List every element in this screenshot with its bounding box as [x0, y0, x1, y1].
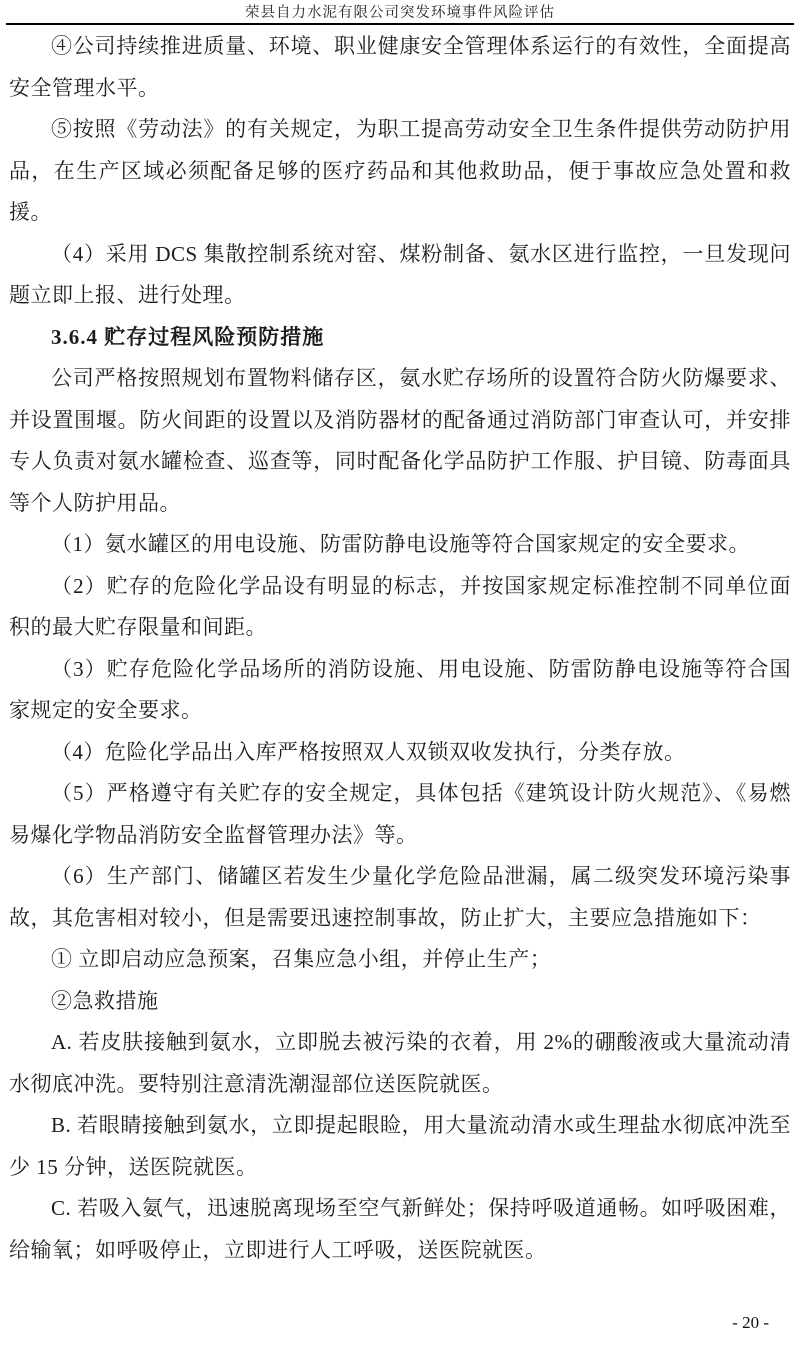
document-page: 荣县自力水泥有限公司突发环境事件风险评估 ④公司持续推进质量、环境、职业健康安全…: [0, 0, 800, 1353]
paragraph: （4）危险化学品出入库严格按照双人双锁双收发执行，分类存放。: [9, 732, 791, 774]
page-number: - 20 -: [732, 1313, 769, 1333]
paragraph: ⑤按照《劳动法》的有关规定，为职工提高劳动安全卫生条件提供劳动防护用品，在生产区…: [9, 109, 791, 234]
paragraph: A. 若皮肤接触到氨水，立即脱去被污染的衣着，用 2%的硼酸液或大量流动清水彻底…: [9, 1022, 791, 1105]
paragraph: （6）生产部门、储罐区若发生少量化学危险品泄漏，属二级突发环境污染事故，其危害相…: [9, 856, 791, 939]
paragraph: （5）严格遵守有关贮存的安全规定，具体包括《建筑设计防火规范》、《易燃易爆化学物…: [9, 773, 791, 856]
paragraph: B. 若眼睛接触到氨水，立即提起眼睑，用大量流动清水或生理盐水彻底冲洗至少 15…: [9, 1105, 791, 1188]
paragraph: ① 立即启动应急预案，召集应急小组，并停止生产；: [9, 939, 791, 981]
paragraph: （1）氨水罐区的用电设施、防雷防静电设施等符合国家规定的安全要求。: [9, 524, 791, 566]
section-heading: 3.6.4 贮存过程风险预防措施: [9, 317, 791, 359]
paragraph: （3）贮存危险化学品场所的消防设施、用电设施、防雷防静电设施等符合国家规定的安全…: [9, 649, 791, 732]
paragraph: 公司严格按照规划布置物料储存区，氨水贮存场所的设置符合防火防爆要求、并设置围堰。…: [9, 358, 791, 524]
page-header: 荣县自力水泥有限公司突发环境事件风险评估: [0, 3, 800, 23]
paragraph: ②急救措施: [9, 981, 791, 1023]
document-body: ④公司持续推进质量、环境、职业健康安全管理体系运行的有效性，全面提高安全管理水平…: [9, 26, 791, 1271]
paragraph: ④公司持续推进质量、环境、职业健康安全管理体系运行的有效性，全面提高安全管理水平…: [9, 26, 791, 109]
paragraph: C. 若吸入氨气，迅速脱离现场至空气新鲜处；保持呼吸道通畅。如呼吸困难，给输氧；…: [9, 1188, 791, 1271]
paragraph: （4）采用 DCS 集散控制系统对窑、煤粉制备、氨水区进行监控，一旦发现问题立即…: [9, 234, 791, 317]
paragraph: （2）贮存的危险化学品设有明显的标志，并按国家规定标准控制不同单位面积的最大贮存…: [9, 566, 791, 649]
header-rule: [6, 23, 794, 25]
